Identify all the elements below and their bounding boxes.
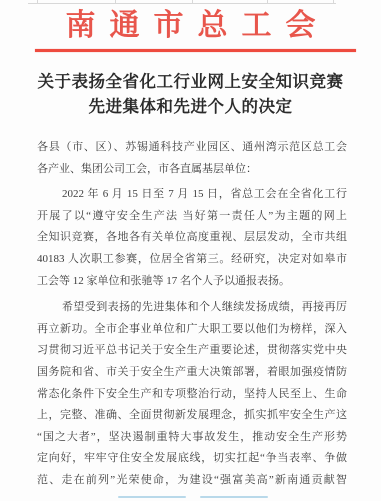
- gridline-tick: [37, 0, 38, 4]
- letterhead-red-rule: [35, 49, 356, 52]
- scan-artifact-underline-2: [200, 496, 268, 498]
- body-line: 各产业、集团公司工会，市各直属基层单位：: [37, 159, 347, 181]
- body-line: 习贯彻习近平总书记关于安全生产重要论述，贯彻落实党中央: [37, 340, 347, 362]
- body-line: 定向好，牢牢守住安全发展底线，切实扛起“争当表率、争做: [37, 448, 347, 470]
- body-line: 2022 年 6 月 15 日至 7 月 15 日，省总工会在全省化工行: [37, 184, 347, 206]
- scan-artifact-top-gridline: [28, 0, 336, 4]
- body-line: 工会等 12 家单位和张驰等 17 名个人予以通报表扬。: [37, 271, 347, 293]
- body-line: 开展了以“遵守安全生产法 当好第一责任人”为主题的网上: [37, 206, 347, 228]
- body-line: 全知识竞赛，各地各有关单位高度重视、层层发动，全市共组: [37, 227, 347, 249]
- document-body: 各县（市、区）、苏锡通科技产业园区、通州湾示范区总工会 各产业、集团公司工会，市…: [37, 137, 347, 492]
- body-line: 常态化条件下安全生产和专项整治行动，坚持人民至上、生命: [37, 384, 347, 406]
- scan-artifact-underline-1: [118, 496, 186, 498]
- body-line: 各县（市、区）、苏锡通科技产业园区、通州湾示范区总工会: [37, 137, 347, 159]
- gridline-tick: [192, 0, 193, 4]
- body-line: 希望受到表扬的先进集体和个人继续发扬成绩，再接再厉: [37, 297, 347, 319]
- letterhead-org-name: 南通市总工会: [0, 5, 381, 47]
- gridline-tick: [115, 0, 116, 4]
- body-line: 40183 人次职工参赛，位居全省第三。经研究，决定对如皋市: [37, 249, 347, 271]
- document-page: 南通市总工会 关于表扬全省化工行业网上安全知识竞赛 先进集体和先进个人的决定 各…: [0, 0, 381, 501]
- body-line: 国务院和省、市关于安全生产重大决策部署，着眼加强疫情防: [37, 362, 347, 384]
- body-line: 范、走在前列”光荣使命，为建设“强富美高”新南通贡献智: [37, 470, 347, 492]
- body-line: “国之大者”，坚决遏制重特大事故发生，推动安全生产形势: [37, 427, 347, 449]
- document-title-line1: 关于表扬全省化工行业网上安全知识竞赛: [20, 69, 361, 94]
- body-line: 上，完整、准确、全面贯彻新发展理念，抓实抓牢安全生产这: [37, 405, 347, 427]
- body-line: 再立新功。全市企事业单位和广大职工要以他们为榜样，深入: [37, 319, 347, 341]
- gridline-tick: [333, 0, 334, 4]
- gridline-tick: [267, 0, 268, 4]
- document-title-line2: 先进集体和先进个人的决定: [20, 94, 361, 119]
- document-title: 关于表扬全省化工行业网上安全知识竞赛 先进集体和先进个人的决定: [20, 69, 361, 119]
